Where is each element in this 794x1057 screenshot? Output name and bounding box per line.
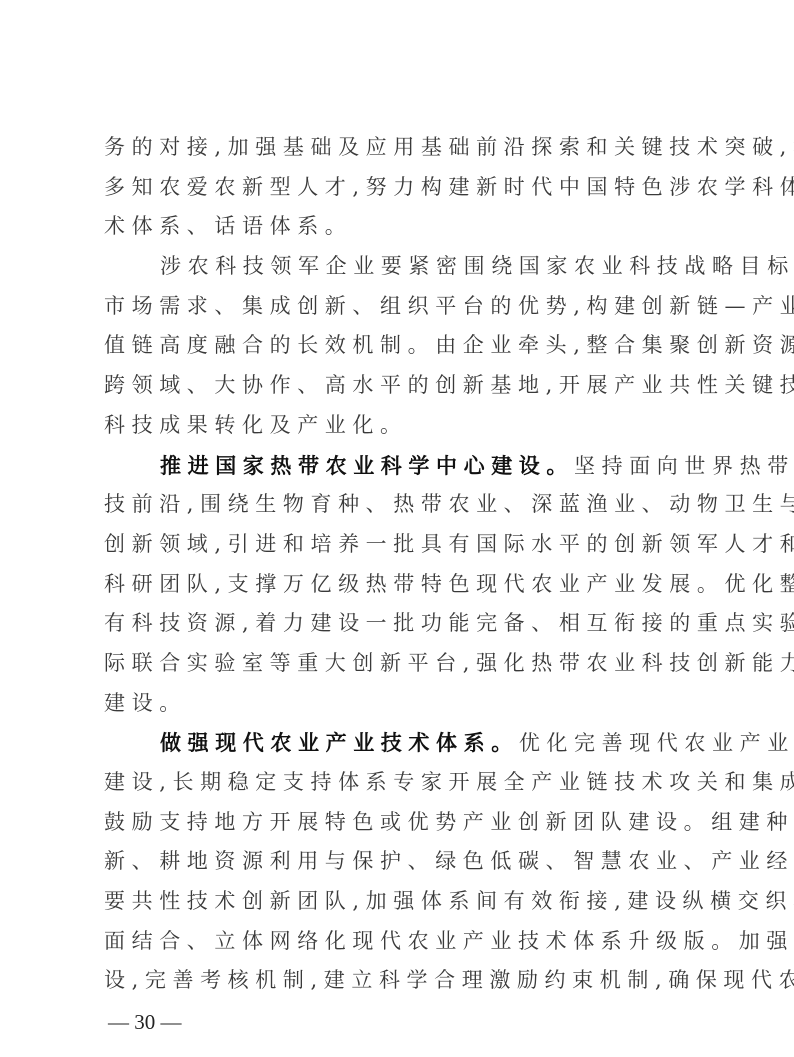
- paragraph-4-line-5: 要共性技术创新团队,加强体系间有效衔接,建设纵横交织、点线: [104, 882, 694, 922]
- paragraph-4-line-7: 设,完善考核机制,建立科学合理激励约束机制,确保现代农业产: [104, 961, 694, 1001]
- paragraph-2-line-2: 市场需求、集成创新、组织平台的优势,构建创新链—产业链—价: [104, 287, 694, 327]
- paragraph-4-line-2: 建设,长期稳定支持体系专家开展全产业链技术攻关和集成示范,: [104, 763, 694, 803]
- paragraph-3-line-1-text: 坚持面向世界热带农业科: [574, 454, 794, 478]
- paragraph-3-line-3: 创新领域,引进和培养一批具有国际水平的创新领军人才和尖端: [104, 525, 694, 565]
- paragraph-2-line-1: 涉农科技领军企业要紧密围绕国家农业科技战略目标,发挥: [104, 247, 694, 287]
- paragraph-3-line-4: 科研团队,支撑万亿级热带特色现代农业产业发展。优化整合现: [104, 565, 694, 605]
- paragraph-4-line-1: 做强现代农业产业技术体系。优化完善现代农业产业技术体: [104, 723, 694, 763]
- paragraph-4-line-3: 鼓励支持地方开展特色或优势产业创新团队建设。组建种业创: [104, 803, 694, 843]
- paragraph-3-line-5: 有科技资源,着力建设一批功能完备、相互衔接的重点实验室、国: [104, 604, 694, 644]
- paragraph-2-line-4: 跨领域、大协作、高水平的创新基地,开展产业共性关键技术研发、: [104, 366, 694, 406]
- body-text: 务的对接,加强基础及应用基础前沿探索和关键技术突破,培养更 多知农爱农新型人才,…: [104, 128, 694, 1001]
- paragraph-1-line-1: 务的对接,加强基础及应用基础前沿探索和关键技术突破,培养更: [104, 128, 694, 168]
- paragraph-4-line-4: 新、耕地资源利用与保护、绿色低碳、智慧农业、产业经济等5个重: [104, 842, 694, 882]
- paragraph-3-line-1: 推进国家热带农业科学中心建设。坚持面向世界热带农业科: [104, 446, 694, 486]
- paragraph-4-line-1-text: 优化完善现代农业产业技术体: [519, 731, 794, 755]
- section-heading-tropical-agriculture: 推进国家热带农业科学中心建设。: [160, 453, 574, 478]
- paragraph-4-line-6: 面结合、立体网络化现代农业产业技术体系升级版。加强制度建: [104, 922, 694, 962]
- paragraph-3-line-7: 建设。: [104, 684, 694, 724]
- section-heading-industry-tech-system: 做强现代农业产业技术体系。: [160, 730, 519, 755]
- page-number: — 30 —: [108, 1010, 182, 1035]
- paragraph-2-line-5: 科技成果转化及产业化。: [104, 406, 694, 446]
- paragraph-3-line-2: 技前沿,围绕生物育种、热带农业、深蓝渔业、动物卫生与营养4个: [104, 485, 694, 525]
- document-page: 务的对接,加强基础及应用基础前沿探索和关键技术突破,培养更 多知农爱农新型人才,…: [0, 0, 794, 1057]
- paragraph-2-line-3: 值链高度融合的长效机制。由企业牵头,整合集聚创新资源,形成: [104, 326, 694, 366]
- paragraph-1-line-2: 多知农爱农新型人才,努力构建新时代中国特色涉农学科体系、学: [104, 168, 694, 208]
- paragraph-3-line-6: 际联合实验室等重大创新平台,强化热带农业科技创新能力条件: [104, 644, 694, 684]
- paragraph-1-line-3: 术体系、话语体系。: [104, 207, 694, 247]
